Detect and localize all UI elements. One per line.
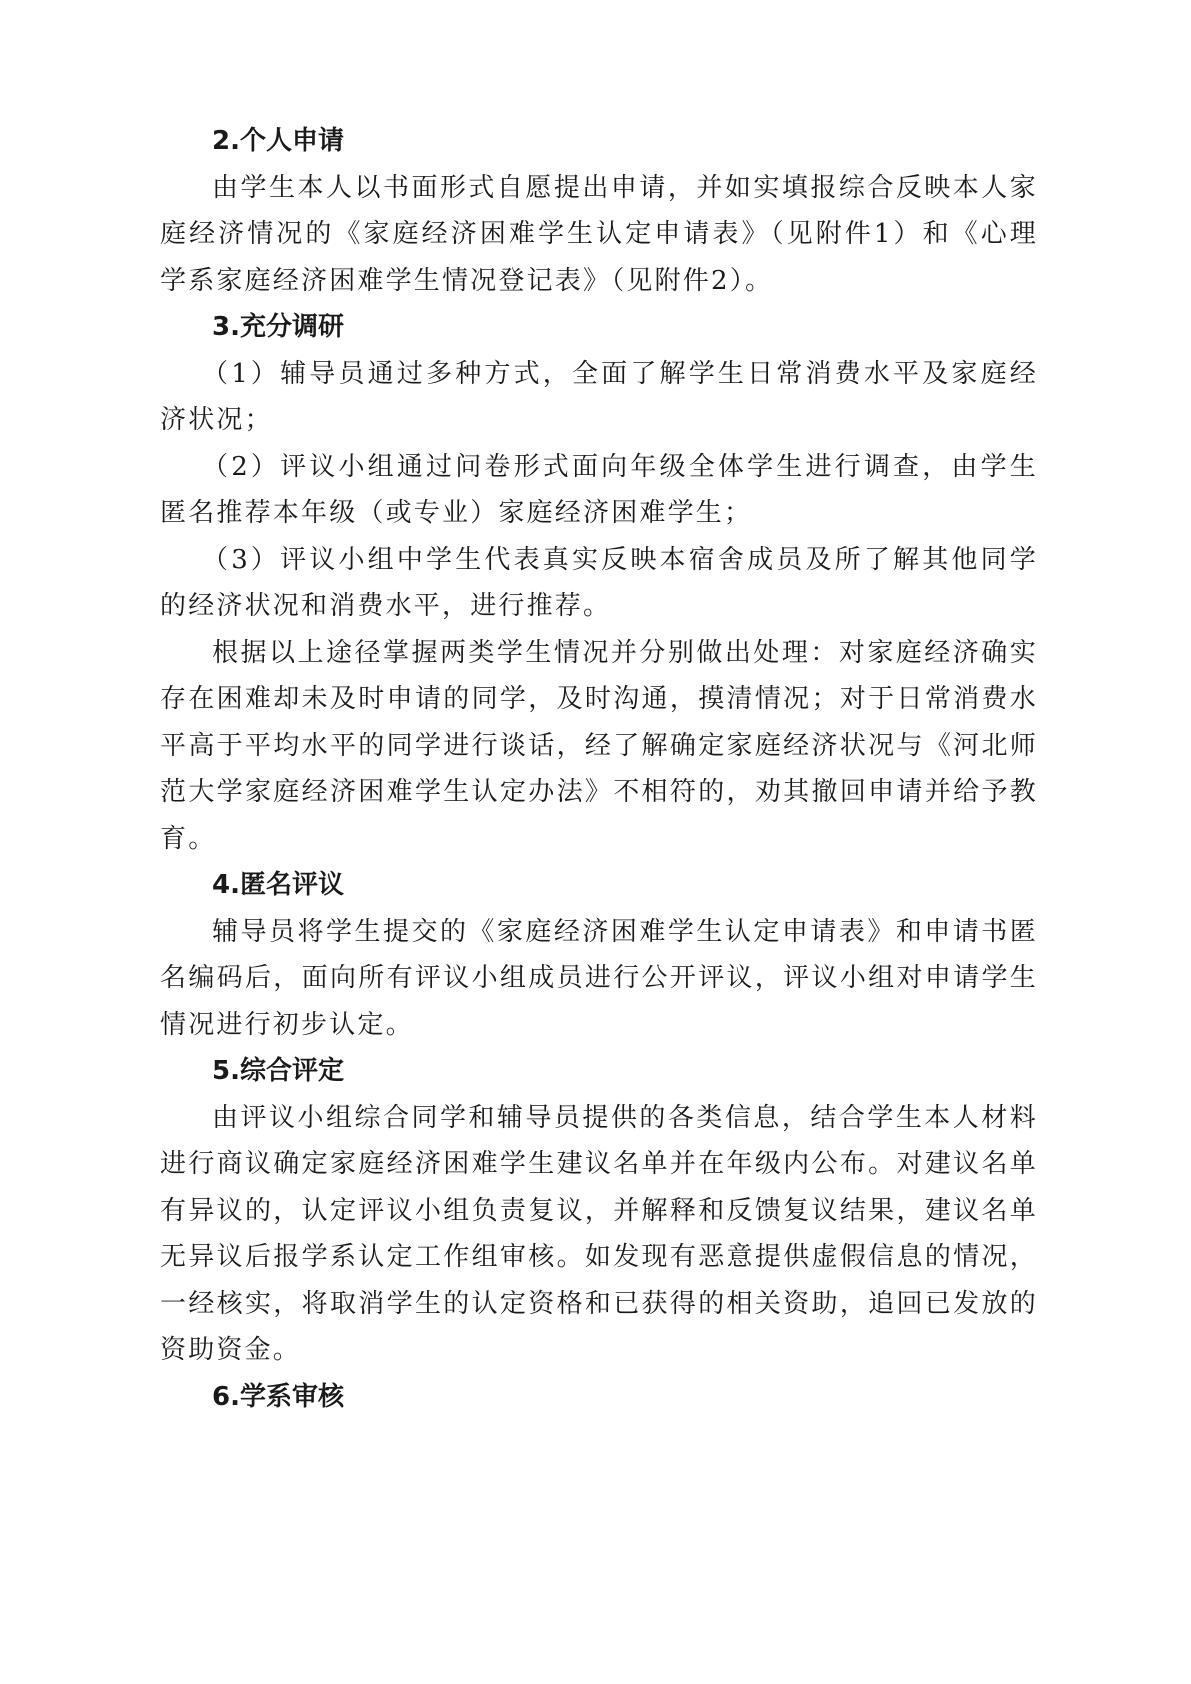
section-heading-department-review: 6.学系审核 — [160, 1374, 1038, 1421]
section-heading-comprehensive-assessment: 5.综合评定 — [160, 1048, 1038, 1095]
paragraph-research-item-1: （1）辅导员通过多种方式，全面了解学生日常消费水平及家庭经济状况； — [160, 351, 1038, 444]
paragraph-comprehensive-assessment: 由评议小组综合同学和辅导员提供的各类信息，结合学生本人材料进行商议确定家庭经济困… — [160, 1095, 1038, 1374]
section-heading-research: 3.充分调研 — [160, 304, 1038, 351]
document-page: 2.个人申请 由学生本人以书面形式自愿提出申请，并如实填报综合反映本人家庭经济情… — [160, 118, 1038, 1420]
section-heading-personal-application: 2.个人申请 — [160, 118, 1038, 165]
paragraph-anonymous-review: 辅导员将学生提交的《家庭经济困难学生认定申请表》和申请书匿名编码后，面向所有评议… — [160, 909, 1038, 1049]
section-heading-anonymous-review: 4.匿名评议 — [160, 862, 1038, 909]
paragraph-research-item-3: （3）评议小组中学生代表真实反映本宿舍成员及所了解其他同学的经济状况和消费水平，… — [160, 537, 1038, 630]
paragraph-research-item-2: （2）评议小组通过问卷形式面向年级全体学生进行调查，由学生匿名推荐本年级（或专业… — [160, 444, 1038, 537]
paragraph-research-handling: 根据以上途径掌握两类学生情况并分别做出处理：对家庭经济确实存在困难却未及时申请的… — [160, 630, 1038, 863]
paragraph-personal-application: 由学生本人以书面形式自愿提出申请，并如实填报综合反映本人家庭经济情况的《家庭经济… — [160, 165, 1038, 305]
